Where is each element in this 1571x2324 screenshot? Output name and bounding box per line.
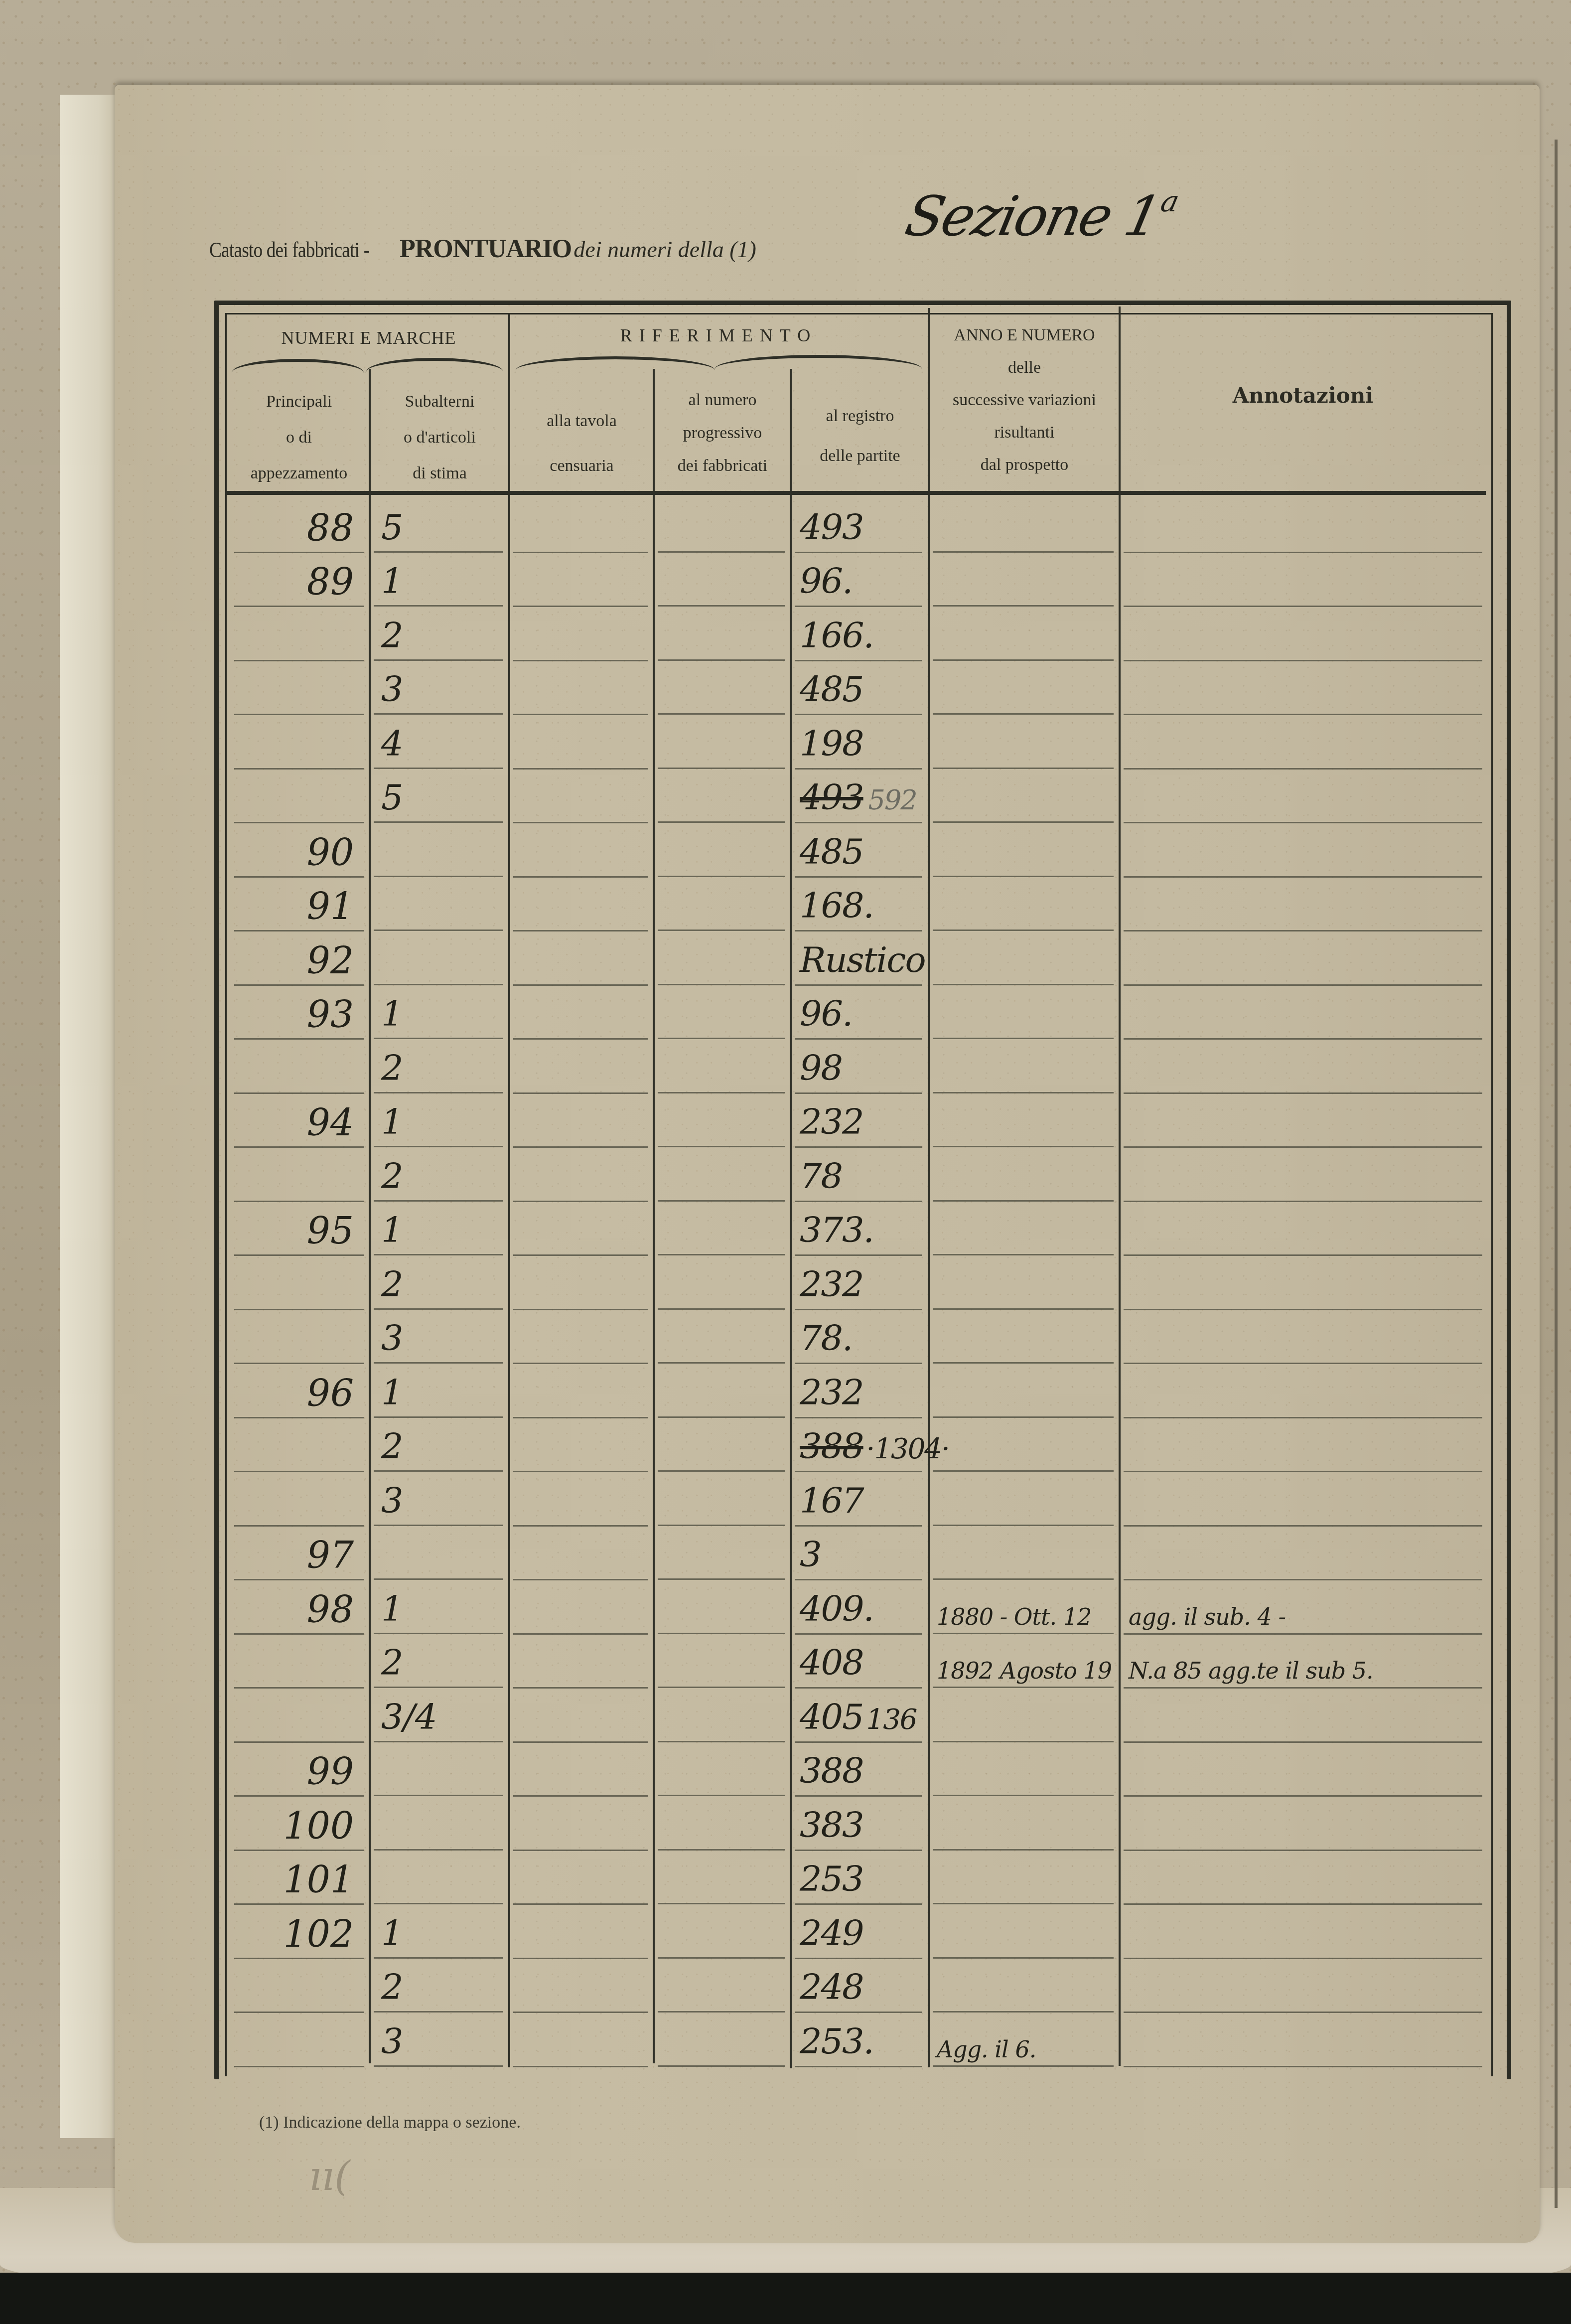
cell-registro: 408 [800, 1642, 863, 1683]
cell-principale: 100 [239, 1805, 354, 1848]
cell-registro-value: 248 [800, 1967, 863, 2008]
hdr-line: alla tavola [511, 399, 653, 444]
cell-principale: 101 [239, 1859, 354, 1901]
row-rule [795, 1471, 922, 1472]
cell-subalterno-value: 5 [381, 777, 404, 818]
row-rule [374, 659, 503, 661]
cell-subalterno-value: 3 [381, 669, 404, 710]
row-rule [933, 930, 1114, 931]
cell-principale-value: 101 [284, 1859, 354, 1901]
row-rule [795, 1850, 922, 1851]
cell-subalterno: 3 [381, 2021, 404, 2062]
cell-registro: 3 [800, 1534, 821, 1575]
cell-principale-value: 100 [284, 1805, 354, 1848]
cell-variazioni: Agg. il 6. [937, 2036, 1036, 2063]
row-rule [513, 2012, 648, 2013]
cell-registro: 485 [800, 831, 863, 872]
cell-registro-value: 493 [800, 507, 863, 548]
row-rule [513, 768, 648, 770]
header-principali: Principali o di appezzamento [229, 384, 369, 491]
cell-principale-value: 97 [307, 1534, 354, 1577]
row-rule [658, 1525, 785, 1526]
cell-subalterno: 5 [381, 777, 404, 818]
cell-principale-value: 99 [307, 1750, 354, 1793]
hdr-line: dal prospetto [930, 449, 1119, 481]
row-rule [234, 552, 364, 553]
row-rule [1124, 1579, 1482, 1580]
cell-principale: 94 [239, 1101, 354, 1144]
cell-registro-value: 78 [800, 1156, 842, 1197]
cell-subalterno: 5 [381, 507, 404, 548]
cell-registro: Rustico [800, 939, 925, 980]
row-rule [513, 1363, 648, 1364]
cell-variazioni: 1880 - Ott. 12 [937, 1603, 1091, 1630]
row-rule [933, 1038, 1114, 1039]
row-rule [933, 2065, 1114, 2067]
cell-subalterno-value: 3 [381, 1480, 404, 1521]
cell-principale-value: 92 [307, 939, 354, 982]
cell-subalterno-value: 2 [381, 1156, 404, 1197]
header-tavola: alla tavola censuaria [511, 399, 653, 488]
row-rule [933, 1633, 1114, 1634]
cell-registro: 232 [800, 1264, 863, 1305]
row-rule [1124, 1687, 1482, 1689]
cell-principale: 102 [239, 1913, 354, 1956]
cell-subalterno-value: 1 [381, 561, 404, 602]
row-rule [933, 1092, 1114, 1093]
row-rule [933, 1416, 1114, 1418]
row-rule [234, 1741, 364, 1743]
row-rule [513, 1471, 648, 1472]
header-annotazioni: Annotazioni [1121, 379, 1485, 412]
row-rule [513, 714, 648, 715]
row-rule [933, 876, 1114, 877]
row-rule [658, 1741, 785, 1742]
cell-principale-value: 88 [307, 507, 354, 550]
row-rule [658, 1633, 785, 1634]
cell-subalterno: 1 [381, 1372, 404, 1413]
cell-registro: 493 [800, 507, 863, 548]
row-rule [658, 659, 785, 661]
row-rule [658, 1254, 785, 1255]
row-rule [234, 984, 364, 986]
cell-annotazioni-value: agg. il sub. 4 - [1129, 1603, 1285, 1630]
title-main: PRONTUARIO [400, 235, 571, 263]
row-rule [795, 606, 922, 607]
row-rule [658, 1308, 785, 1310]
cell-variazioni-value: Agg. il 6. [937, 2036, 1036, 2063]
row-rule [658, 1146, 785, 1147]
row-rule [658, 984, 785, 985]
cell-registro: 198 [800, 723, 863, 764]
cell-subalterno-value: 4 [381, 723, 404, 764]
row-rule [658, 930, 785, 931]
cell-variazioni: 1892 Agosto 19 [937, 1657, 1112, 1684]
cell-subalterno: 1 [381, 1101, 404, 1142]
cell-principale: 96 [239, 1372, 354, 1415]
row-rule [795, 822, 922, 823]
row-rule [1124, 1850, 1482, 1851]
row-rule [234, 1254, 364, 1256]
cell-registro: 409. [800, 1588, 873, 1629]
row-rule [374, 713, 503, 715]
cell-principale: 88 [239, 507, 354, 550]
row-rule [513, 930, 648, 931]
cell-subalterno-value: 2 [381, 1426, 404, 1467]
cell-registro-value: 388 [800, 1750, 863, 1791]
row-rule [658, 1903, 785, 1904]
row-rule [1124, 1471, 1482, 1472]
row-rule [933, 1254, 1114, 1255]
page-title: Catasto dei fabbricati - PRONTUARIO dei … [209, 234, 756, 264]
row-rule [374, 1903, 503, 1904]
row-rule [234, 1092, 364, 1094]
row-rule [1124, 930, 1482, 931]
row-rule [795, 1417, 922, 1418]
cell-registro: 253 [800, 1859, 863, 1899]
cell-principale-value: 91 [307, 885, 354, 928]
row-rule [374, 1254, 503, 1255]
cell-registro-value: 388 [800, 1426, 863, 1467]
cell-subalterno: 1 [381, 1210, 404, 1250]
row-rule [658, 1470, 785, 1472]
row-rule [374, 1687, 503, 1688]
row-rule [933, 659, 1114, 661]
row-rule [374, 1633, 503, 1634]
cell-registro-value: Rustico [800, 939, 925, 980]
row-rule [513, 1795, 648, 1797]
header-divider [225, 491, 1486, 495]
row-rule [658, 1578, 785, 1580]
scan-background [0, 2273, 1571, 2324]
row-rule [658, 713, 785, 715]
hdr-line: risultanti [930, 416, 1119, 449]
row-rule [1124, 768, 1482, 770]
row-rule [1124, 714, 1482, 715]
hdr-line: di stima [371, 456, 508, 491]
hdr-line: o di [229, 420, 369, 456]
row-rule [513, 822, 648, 823]
row-rule [795, 1741, 922, 1743]
row-rule [933, 1903, 1114, 1904]
row-rule [795, 714, 922, 715]
binding-thread [1555, 140, 1558, 2208]
footnote: (1) Indicazione della mappa o sezione. [259, 2113, 521, 2132]
cell-principale: 98 [239, 1588, 354, 1631]
hdr-line: dei fabbricati [655, 450, 790, 482]
row-rule [658, 821, 785, 823]
cell-subalterno: 3 [381, 1318, 404, 1359]
row-rule [374, 1470, 503, 1472]
cell-subalterno-value: 1 [381, 1913, 404, 1954]
row-rule [795, 1309, 922, 1310]
row-rule [658, 1416, 785, 1418]
row-rule [234, 1687, 364, 1689]
row-rule [513, 1309, 648, 1310]
hdr-line: al numero [655, 384, 790, 417]
cell-registro: 78. [800, 1318, 852, 1359]
row-rule [933, 1308, 1114, 1310]
cell-principale-value: 102 [284, 1913, 354, 1956]
row-rule [933, 1525, 1114, 1526]
row-rule [234, 930, 364, 931]
row-rule [658, 2065, 785, 2067]
header-numeri-marche: NUMERI E MARCHE [229, 324, 508, 353]
row-rule [933, 1687, 1114, 1688]
row-rule [795, 1363, 922, 1364]
section-handwritten: Sezione 1a [900, 184, 1180, 248]
cell-registro: 373. [800, 1210, 873, 1250]
cell-subalterno-value: 3 [381, 2021, 404, 2062]
row-rule [1124, 660, 1482, 661]
row-rule [795, 1579, 922, 1580]
cell-subalterno-value: 5 [381, 507, 404, 548]
row-rule [234, 768, 364, 770]
row-rule [933, 1200, 1114, 1202]
hdr-line: ANNO E NUMERO [930, 319, 1119, 351]
row-rule [234, 2066, 364, 2067]
cell-registro-value: 485 [800, 669, 863, 710]
row-rule [658, 876, 785, 877]
row-rule [795, 2012, 922, 2013]
cell-subalterno: 2 [381, 1156, 404, 1197]
row-rule [795, 660, 922, 661]
row-rule [795, 1633, 922, 1635]
row-rule [1124, 1525, 1482, 1527]
row-rule [374, 1092, 503, 1093]
cell-subalterno: 3 [381, 669, 404, 710]
row-rule [933, 1362, 1114, 1364]
header-registro: al registro delle partite [792, 396, 928, 476]
cell-principale-value: 95 [307, 1210, 354, 1252]
cell-principale: 99 [239, 1750, 354, 1793]
row-rule [1124, 2066, 1482, 2067]
row-rule [513, 1903, 648, 1905]
cell-subalterno: 2 [381, 1264, 404, 1305]
cell-principale: 97 [239, 1534, 354, 1577]
row-rule [933, 1957, 1114, 1959]
row-rule [658, 768, 785, 769]
row-rule [658, 1038, 785, 1039]
col-divider-5 [928, 308, 930, 2067]
cell-registro-value: 78. [800, 1318, 852, 1359]
row-rule [795, 2066, 922, 2067]
row-rule [374, 1525, 503, 1526]
row-rule [933, 768, 1114, 769]
row-rule [1124, 1417, 1482, 1418]
row-rule [234, 2012, 364, 2013]
row-rule [374, 930, 503, 931]
cell-subalterno-value: 2 [381, 615, 404, 656]
cell-subalterno-value: 2 [381, 1967, 404, 2008]
cell-subalterno: 2 [381, 1642, 404, 1683]
header-progressivo: al numero progressivo dei fabbricati [655, 384, 790, 482]
col-divider-6 [1119, 307, 1121, 2066]
cell-registro: 248 [800, 1967, 863, 2008]
row-rule [1124, 1741, 1482, 1743]
header-subalterni: Subalterni o d'articoli di stima [371, 384, 508, 491]
cell-registro: 232 [800, 1372, 863, 1413]
cell-registro-value: 249 [800, 1913, 863, 1954]
cell-registro: 168. [800, 885, 873, 926]
cell-principale-value: 90 [307, 831, 354, 874]
cell-subalterno: 2 [381, 1426, 404, 1467]
row-rule [933, 1741, 1114, 1742]
row-rule [374, 1795, 503, 1796]
cell-subalterno: 1 [381, 993, 404, 1034]
row-rule [513, 876, 648, 878]
row-rule [795, 1201, 922, 1202]
cell-principale: 93 [239, 993, 354, 1036]
row-rule [658, 1957, 785, 1959]
row-rule [1124, 1958, 1482, 1959]
row-rule [513, 1417, 648, 1418]
row-rule [1124, 552, 1482, 553]
binding-strip [60, 95, 115, 2138]
cell-subalterno: 1 [381, 561, 404, 602]
row-rule [234, 1146, 364, 1148]
cell-subalterno-value: 2 [381, 1048, 404, 1088]
row-rule [234, 1850, 364, 1851]
row-rule [933, 1146, 1114, 1147]
row-rule [513, 1201, 648, 1202]
row-rule [374, 1849, 503, 1851]
cell-registro-value: 198 [800, 723, 863, 764]
row-rule [1124, 1201, 1482, 1202]
row-rule [795, 1958, 922, 1959]
row-rule [513, 1146, 648, 1148]
row-rule [933, 2011, 1114, 2013]
row-rule [513, 660, 648, 661]
row-rule [374, 1957, 503, 1959]
cell-registro: 249 [800, 1913, 863, 1954]
title-prefix: Catasto dei fabbricati - [209, 237, 369, 263]
row-rule [795, 984, 922, 986]
row-rule [513, 1958, 648, 1959]
row-rule [1124, 1146, 1482, 1148]
row-rule [234, 1038, 364, 1040]
row-rule [1124, 1038, 1482, 1040]
row-rule [513, 1092, 648, 1094]
cell-subalterno-value: 1 [381, 1372, 404, 1413]
col-divider-4 [790, 369, 792, 2068]
row-rule [1124, 1633, 1482, 1635]
row-rule [1124, 822, 1482, 823]
cell-registro-value: 232 [800, 1372, 863, 1413]
cell-principale-value: 96 [307, 1372, 354, 1415]
cell-registro-value: 373. [800, 1210, 873, 1250]
row-rule [658, 1362, 785, 1364]
cell-registro-value: 232 [800, 1264, 863, 1305]
row-rule [658, 605, 785, 607]
hdr-line: o d'articoli [371, 420, 508, 456]
row-rule [374, 605, 503, 607]
row-rule [658, 1092, 785, 1093]
row-rule [658, 1849, 785, 1851]
row-rule [795, 1687, 922, 1689]
row-rule [374, 1038, 503, 1039]
cell-registro-value: 409. [800, 1588, 873, 1629]
row-rule [795, 1146, 922, 1148]
cell-subalterno-value: 2 [381, 1642, 404, 1683]
row-rule [1124, 1309, 1482, 1310]
row-rule [795, 1525, 922, 1527]
row-rule [933, 1849, 1114, 1851]
row-rule [234, 1471, 364, 1472]
cell-subalterno-value: 3/4 [381, 1697, 437, 1737]
cell-registro-value: 98 [800, 1048, 842, 1088]
cell-registro: 167 [800, 1480, 863, 1521]
row-rule [234, 606, 364, 607]
cell-principale: 89 [239, 561, 354, 604]
row-rule [933, 984, 1114, 985]
row-rule [658, 1200, 785, 1202]
row-rule [234, 1579, 364, 1580]
cell-registro: 232 [800, 1101, 863, 1142]
hdr-line: delle [930, 351, 1119, 384]
row-rule [234, 1363, 364, 1364]
cell-registro-value: 3 [800, 1534, 821, 1575]
row-rule [513, 552, 648, 553]
row-rule [374, 1416, 503, 1418]
cell-subalterno: 3/4 [381, 1697, 437, 1737]
row-rule [795, 1092, 922, 1094]
row-rule [1124, 1092, 1482, 1094]
row-rule [513, 2066, 648, 2067]
section-label: Sezione 1 [900, 184, 1165, 248]
row-rule [374, 2065, 503, 2067]
row-rule [513, 1687, 648, 1689]
row-rule [513, 1741, 648, 1743]
row-rule [234, 1309, 364, 1310]
cell-registro-value: 167 [800, 1480, 863, 1521]
row-rule [795, 552, 922, 553]
row-rule [658, 1687, 785, 1688]
cell-principale: 92 [239, 939, 354, 982]
row-rule [933, 1795, 1114, 1796]
row-rule [1124, 1903, 1482, 1905]
cell-registro: 388·1304· [800, 1426, 949, 1467]
col-divider-3 [653, 369, 655, 2063]
cell-subalterno-value: 3 [381, 1318, 404, 1359]
cell-subalterno: 2 [381, 1048, 404, 1088]
hdr-line: Principali [229, 384, 369, 420]
row-rule [1124, 984, 1482, 986]
col-divider-2 [508, 313, 510, 2067]
cell-subalterno-value: 1 [381, 1588, 404, 1629]
row-rule [374, 1200, 503, 1202]
cell-subalterno: 1 [381, 1913, 404, 1954]
row-rule [795, 876, 922, 878]
row-rule [374, 821, 503, 823]
cell-registro: 166. [800, 615, 873, 656]
row-rule [513, 1850, 648, 1851]
hdr-line: successive variazioni [930, 384, 1119, 416]
row-rule [374, 2011, 503, 2013]
cell-registro: 383 [800, 1805, 863, 1846]
registro-alternate: 136 [866, 1704, 917, 1736]
registro-alternate: ·1304· [866, 1433, 949, 1465]
row-rule [374, 1578, 503, 1580]
cell-registro: 96. [800, 561, 852, 602]
row-rule [933, 605, 1114, 607]
pencil-mark: ıı( [309, 2153, 350, 2199]
row-rule [658, 551, 785, 553]
cell-registro-value: 408 [800, 1642, 863, 1683]
row-rule [513, 1633, 648, 1635]
row-rule [374, 768, 503, 769]
row-rule [234, 1633, 364, 1635]
